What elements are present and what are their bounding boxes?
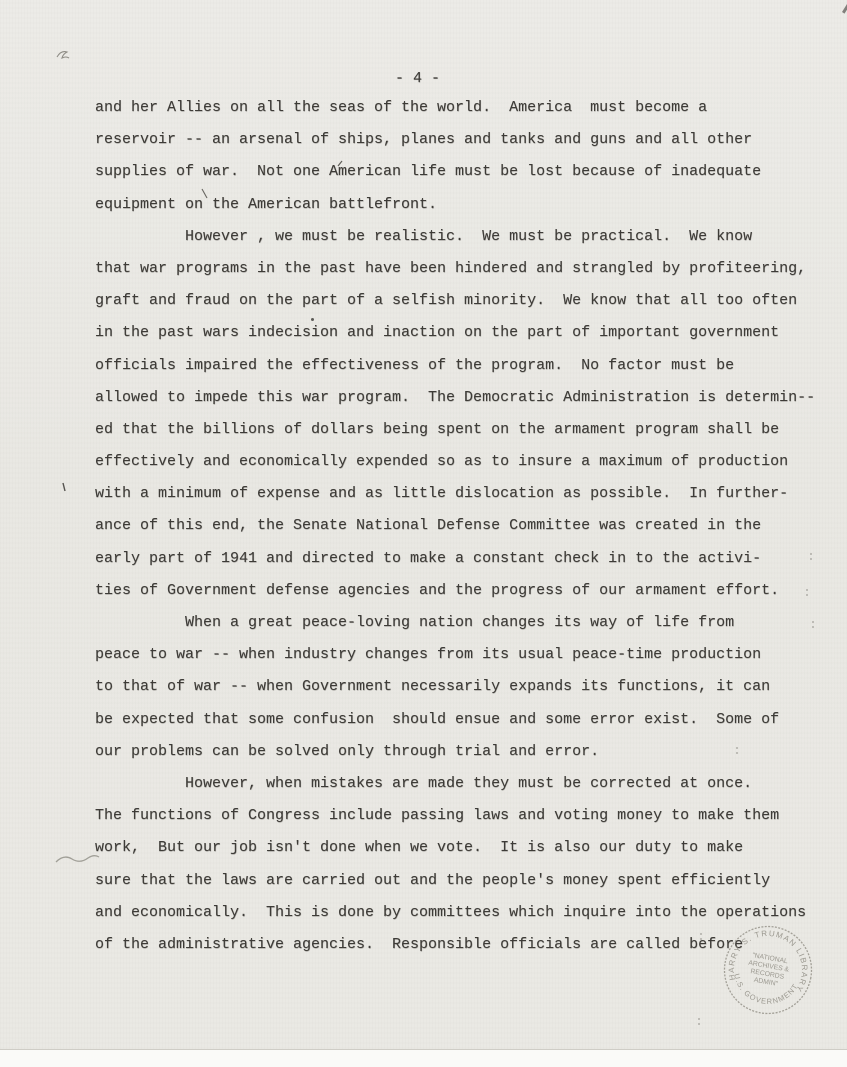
text-line: allowed to impede this war program. The …	[95, 382, 835, 414]
text-line: ties of Government defense agencies and …	[95, 575, 835, 607]
text-line: effectively and economically expended so…	[95, 446, 835, 478]
text-line: officials impaired the effectiveness of …	[95, 350, 835, 382]
text-line: ed that the billions of dollars being sp…	[95, 414, 835, 446]
page-number: - 4 -	[395, 70, 440, 87]
scan-corner-artifact	[842, 0, 847, 14]
text-line: with a minimum of expense and as little …	[95, 478, 835, 510]
text-line: to that of war -- when Government necess…	[95, 671, 835, 703]
text-line: equipment on the American battlefront.	[95, 189, 835, 221]
scan-background	[0, 1050, 847, 1067]
text-line: that war programs in the past have been …	[95, 253, 835, 285]
text-line: reservoir -- an arsenal of ships, planes…	[95, 124, 835, 156]
text-line: When a great peace-loving nation changes…	[95, 607, 835, 639]
scanned-page: - 4 - and her Allies on all the seas of …	[0, 0, 847, 1050]
text-line: However , we must be realistic. We must …	[95, 221, 835, 253]
text-line: peace to war -- when industry changes fr…	[95, 639, 835, 671]
text-line: and her Allies on all the seas of the wo…	[95, 92, 835, 124]
text-line: sure that the laws are carried out and t…	[95, 865, 835, 897]
text-line: However, when mistakes are made they mus…	[95, 768, 835, 800]
text-line: early part of 1941 and directed to make …	[95, 543, 835, 575]
archive-stamp: HARRY S. TRUMAN LIBRARY U.S. GOVERNMENT …	[720, 922, 816, 1018]
pencil-mark	[55, 47, 75, 63]
text-line: in the past wars indecision and inaction…	[95, 317, 835, 349]
text-line: ance of this end, the Senate National De…	[95, 510, 835, 542]
text-line: supplies of war. Not one American life m…	[95, 156, 835, 188]
document-body: and her Allies on all the seas of the wo…	[95, 92, 835, 961]
stray-dots	[698, 1015, 700, 1028]
text-line: work, But our job isn't done when we vot…	[95, 832, 835, 864]
text-line: graft and fraud on the part of a selfish…	[95, 285, 835, 317]
text-line: our problems can be solved only through …	[95, 736, 835, 768]
text-line: The functions of Congress include passin…	[95, 800, 835, 832]
text-line: be expected that some confusion should e…	[95, 704, 835, 736]
margin-tick-mark	[60, 482, 68, 494]
